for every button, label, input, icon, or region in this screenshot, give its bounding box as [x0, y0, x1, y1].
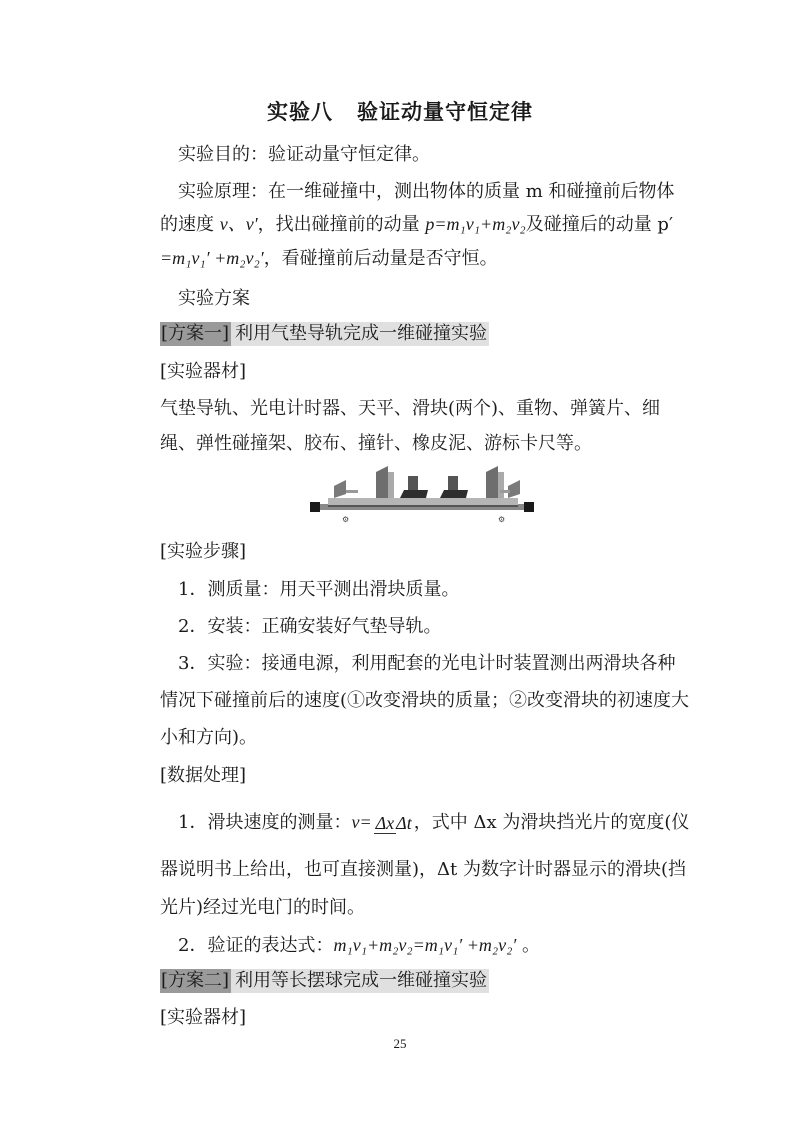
principle-line-2: 的速度 v、v′，找出碰撞前的动量 p=m₁v₁+m₂v₂及碰撞后的动量 p′ [160, 212, 673, 237]
data-heading: [数据处理] [160, 764, 246, 788]
equipment-line-2: 绳、弹性碰撞架、胶布、撞针、橡皮泥、游标卡尺等。 [160, 432, 592, 456]
scheme-1-banner: [方案一]利用气垫导轨完成一维碰撞实验 [160, 322, 489, 346]
text: 。 [516, 935, 540, 956]
text: ，找出碰撞前的动量 [258, 214, 426, 235]
purpose-text: 实验目的：验证动量守恒定律。 [178, 143, 430, 167]
step-1: 1．测质量：用天平测出滑块质量。 [178, 578, 459, 602]
text: ，式中 Δx 为滑块挡光片的宽度(仪 [414, 812, 690, 833]
scheme-1-title: 利用气垫导轨完成一维碰撞实验 [231, 322, 489, 346]
text: 及碰撞后的动量 p′ [526, 214, 673, 235]
data-item-2: 2．验证的表达式：m₁v₁+m₂v₂=m₁v₁′ +m₂v₂′ 。 [178, 933, 540, 958]
velocity-fraction: ΔxΔt [374, 803, 412, 844]
scheme-heading: 实验方案 [178, 287, 250, 311]
data-item-1-line-3: 光片)经过光电门的时间。 [160, 896, 365, 920]
data-item-1-line-2: 器说明书上给出，也可直接测量)，Δt 为数字计时器显示的滑块(挡 [160, 858, 686, 882]
velocity-eq: v= [351, 812, 371, 832]
verification-formula: m₁v₁+m₂v₂=m₁v₁′ +m₂v₂′ [333, 935, 516, 955]
step-3-cont-1: 情况下碰撞前后的速度(①改变滑块的质量；②改变滑块的初速度大 [160, 689, 689, 713]
fraction-numerator: Δx [374, 813, 397, 834]
text: 2．验证的表达式： [178, 935, 333, 956]
text: 1．滑块速度的测量： [178, 812, 351, 833]
momentum-before-formula: p=m₁v₁+m₂v₂ [425, 214, 525, 234]
title-experiment-name: 验证动量守恒定律 [357, 100, 533, 124]
scheme-1-tag: [方案一] [160, 322, 231, 346]
momentum-after-formula: =m₁v₁′ +m₂v₂′ [160, 248, 264, 268]
svg-text:⚙: ⚙ [498, 515, 505, 524]
page-number: 25 [0, 1036, 800, 1052]
scheme-2-banner: [方案二]利用等长摆球完成一维碰撞实验 [160, 969, 489, 993]
title-experiment-number: 实验八 [267, 100, 333, 124]
scheme-2-tag: [方案二] [160, 969, 231, 993]
data-item-1: 1．滑块速度的测量：v=ΔxΔt，式中 Δx 为滑块挡光片的宽度(仪 [178, 802, 689, 844]
step-3-cont-2: 小和方向)。 [160, 726, 257, 750]
text: 的速度 [160, 214, 220, 235]
scheme-2-title: 利用等长摆球完成一维碰撞实验 [231, 969, 489, 993]
svg-text:⚙: ⚙ [342, 515, 349, 524]
equipment-line-1: 气垫导轨、光电计时器、天平、滑块(两个)、重物、弹簧片、细 [160, 397, 660, 421]
air-track-figure: ⚙ ⚙ [308, 466, 536, 524]
velocity-vars: v、v′ [220, 214, 258, 234]
principle-line-1: 实验原理：在一维碰撞中，测出物体的质量 m 和碰撞前后物体 [178, 180, 675, 204]
page-title: 实验八验证动量守恒定律 [0, 96, 800, 126]
equipment-heading: [实验器材] [160, 360, 246, 384]
equipment-2-heading: [实验器材] [160, 1006, 246, 1030]
principle-line-3: =m₁v₁′ +m₂v₂′，看碰撞前后动量是否守恒。 [160, 246, 498, 271]
step-2: 2．安装：正确安装好气垫导轨。 [178, 615, 441, 639]
text: ，看碰撞前后动量是否守恒。 [264, 248, 498, 269]
step-3: 3．实验：接通电源，利用配套的光电计时装置测出两滑块各种 [178, 652, 675, 676]
fraction-denominator: Δt [396, 813, 412, 833]
steps-heading: [实验步骤] [160, 540, 246, 564]
